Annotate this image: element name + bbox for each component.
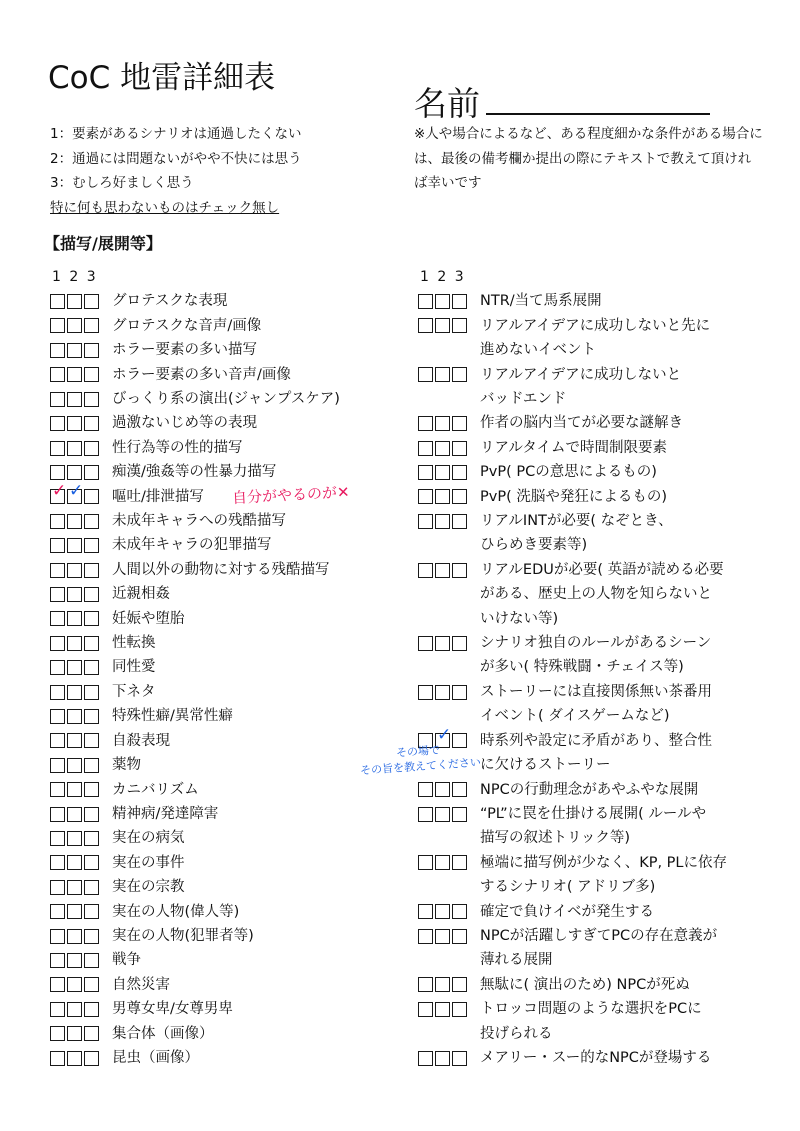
rating-3-checkbox[interactable]: [452, 733, 467, 748]
item-label: リアルアイデアに成功しないと バッドエンド: [480, 363, 754, 412]
rating-1-checkbox[interactable]: [50, 514, 65, 529]
rating-1-checkbox[interactable]: [50, 685, 65, 700]
rating-3-checkbox[interactable]: [84, 977, 99, 992]
rating-2-checkbox[interactable]: [67, 343, 82, 358]
item-label: トロッコ問題のような選択をPCに 投げられる: [480, 997, 754, 1046]
rating-checkboxes: [46, 704, 112, 728]
rating-checkboxes: [414, 436, 480, 460]
rating-1-checkbox[interactable]: [50, 587, 65, 602]
checklist-row: 作者の脳内当てが必要な謎解き: [414, 411, 754, 435]
checklist-row: メアリー・スー的なNPCが登場する: [414, 1046, 754, 1070]
rating-3-checkbox[interactable]: [84, 441, 99, 456]
name-input-line[interactable]: [486, 113, 710, 115]
rating-3-checkbox[interactable]: [84, 685, 99, 700]
rating-2-checkbox[interactable]: [435, 1051, 450, 1066]
rating-1-checkbox[interactable]: [50, 807, 65, 822]
checklist-row: 精神病/発達障害: [46, 802, 376, 826]
rating-checkboxes: [46, 289, 112, 313]
rating-1-checkbox[interactable]: [50, 855, 65, 870]
checklist-row: 集合体（画像）: [46, 1022, 376, 1046]
item-label: 実在の人物(偉人等): [112, 900, 239, 924]
rating-checkboxes: [414, 314, 480, 338]
rating-1-checkbox[interactable]: [418, 514, 433, 529]
rating-1-checkbox[interactable]: [418, 489, 433, 504]
rating-2-checkbox[interactable]: [67, 392, 82, 407]
rating-3-checkbox[interactable]: [452, 294, 467, 309]
item-label: NPCの行動理念があやふやな展開: [480, 778, 754, 802]
rating-checkboxes: [46, 533, 112, 557]
legend-line-3: 3：むしろ好ましく思う: [50, 171, 302, 196]
item-label: グロテスクな表現: [112, 289, 227, 313]
rating-1-checkbox[interactable]: [418, 904, 433, 919]
item-label: 確定で負けイベが発生する: [480, 900, 754, 924]
item-label: 実在の病気: [112, 826, 185, 850]
checklist-row: シナリオ独自のルールがあるシーン が多い( 特殊戦闘・チェイス等): [414, 631, 754, 680]
rating-1-checkbox[interactable]: [50, 318, 65, 333]
rating-3-checkbox[interactable]: [84, 880, 99, 895]
rating-2-checkbox[interactable]: [67, 587, 82, 602]
rating-checkboxes: [46, 875, 112, 899]
rating-2-checkbox[interactable]: [435, 929, 450, 944]
rating-1-checkbox[interactable]: [50, 1002, 65, 1017]
checklist-row: カニバリズム: [46, 778, 376, 802]
rating-2-checkbox[interactable]: [67, 953, 82, 968]
rating-1-checkbox[interactable]: [418, 977, 433, 992]
rating-1-checkbox[interactable]: ✓: [50, 489, 65, 504]
rating-3-checkbox[interactable]: [84, 953, 99, 968]
item-label: 無駄に( 演出のため) NPCが死ぬ: [480, 973, 754, 997]
rating-2-checkbox[interactable]: [67, 709, 82, 724]
rating-checkboxes: [46, 753, 112, 777]
rating-checkboxes: [46, 729, 112, 753]
rating-2-checkbox[interactable]: [435, 514, 450, 529]
rating-checkboxes: [46, 607, 112, 631]
rating-3-checkbox[interactable]: [452, 416, 467, 431]
checklist-row: トロッコ問題のような選択をPCに 投げられる: [414, 997, 754, 1046]
rating-3-checkbox[interactable]: [452, 904, 467, 919]
rating-3-checkbox[interactable]: [452, 441, 467, 456]
rating-checkboxes: [414, 997, 480, 1021]
checklist-row: リアルEDUが必要( 英語が読める必要 がある、歴史上の人物を知らないと いけな…: [414, 558, 754, 631]
rating-checkboxes: [414, 851, 480, 875]
rating-3-checkbox[interactable]: [84, 392, 99, 407]
rating-1-checkbox[interactable]: [50, 465, 65, 480]
rating-1-checkbox[interactable]: [418, 416, 433, 431]
item-label: 下ネタ: [112, 680, 156, 704]
rating-checkboxes: [414, 289, 480, 313]
rating-2-checkbox[interactable]: [435, 977, 450, 992]
rating-checkboxes: [46, 973, 112, 997]
rating-3-checkbox[interactable]: [452, 489, 467, 504]
item-label: 薬物: [112, 753, 141, 777]
item-label: 過激ないじめ等の表現: [112, 411, 257, 435]
item-label: 自然災害: [112, 973, 170, 997]
checklist-row: 男尊女卑/女尊男卑: [46, 997, 376, 1021]
rating-3-checkbox[interactable]: [84, 758, 99, 773]
rating-checkboxes: [46, 1046, 112, 1070]
rating-2-checkbox[interactable]: [435, 782, 450, 797]
rating-checkboxes: [414, 411, 480, 435]
item-label: 同性愛: [112, 655, 156, 679]
rating-1-checkbox[interactable]: [418, 563, 433, 578]
rating-checkboxes: [46, 680, 112, 704]
rating-3-checkbox[interactable]: [452, 514, 467, 529]
rating-3-checkbox[interactable]: [84, 636, 99, 651]
item-label: PvP( PCの意思によるもの): [480, 460, 754, 484]
rating-1-checkbox[interactable]: [418, 294, 433, 309]
checklist-row: 性転換: [46, 631, 376, 655]
rating-2-checkbox[interactable]: [435, 441, 450, 456]
item-label: 近親相姦: [112, 582, 170, 606]
item-label: PvP( 洗脳や発狂によるもの): [480, 485, 754, 509]
rating-1-checkbox[interactable]: [50, 392, 65, 407]
rating-1-checkbox[interactable]: [50, 904, 65, 919]
rating-1-checkbox[interactable]: [50, 782, 65, 797]
rating-2-checkbox[interactable]: [435, 1002, 450, 1017]
rating-1-checkbox[interactable]: [418, 1051, 433, 1066]
rating-2-checkbox[interactable]: [67, 685, 82, 700]
rating-1-checkbox[interactable]: [50, 343, 65, 358]
item-label: ストーリーには直接関係無い茶番用 イベント( ダイスゲームなど): [480, 680, 754, 729]
rating-1-checkbox[interactable]: [50, 977, 65, 992]
rating-2-checkbox[interactable]: [67, 904, 82, 919]
rating-3-checkbox[interactable]: [84, 611, 99, 626]
checklist-row: NTR/当て馬系展開: [414, 289, 754, 313]
rating-2-checkbox[interactable]: [67, 318, 82, 333]
rating-3-checkbox[interactable]: [452, 782, 467, 797]
rating-checkboxes: [46, 558, 112, 582]
rating-2-checkbox[interactable]: [435, 318, 450, 333]
rating-checkboxes: [414, 680, 480, 704]
checklist-row: 戦争: [46, 948, 376, 972]
item-label: カニバリズム: [112, 778, 199, 802]
rating-2-checkbox[interactable]: [435, 636, 450, 651]
rating-legend: 1：要素があるシナリオは通過したくない 2：通過には問題ないがやや不快には思う …: [50, 122, 302, 220]
item-label: 未成年キャラへの残酷描写: [112, 509, 286, 533]
rating-2-checkbox[interactable]: [67, 611, 82, 626]
rating-checkboxes: [414, 485, 480, 509]
rating-2-checkbox[interactable]: [67, 563, 82, 578]
rating-3-checkbox[interactable]: [452, 563, 467, 578]
rating-2-checkbox[interactable]: [435, 855, 450, 870]
rating-3-checkbox[interactable]: [452, 1051, 467, 1066]
checklist-row: NPCが活躍しすぎてPCの存在意義が 薄れる展開: [414, 924, 754, 973]
rating-2-checkbox[interactable]: [67, 441, 82, 456]
item-label: 性行為等の性的描写: [112, 436, 243, 460]
rating-3-checkbox[interactable]: [84, 660, 99, 675]
checklist-row: 実在の宗教: [46, 875, 376, 899]
rating-2-checkbox[interactable]: [435, 563, 450, 578]
checklist-row: 特殊性癖/異常性癖: [46, 704, 376, 728]
rating-3-checkbox[interactable]: [84, 294, 99, 309]
item-label: 特殊性癖/異常性癖: [112, 704, 233, 728]
item-label: 極端に描写例が少なく、KP, PLに依存 するシナリオ( アドリブ多): [480, 851, 754, 900]
rating-2-checkbox[interactable]: [67, 782, 82, 797]
item-label: リアルアイデアに成功しないと先に 進めないイベント: [480, 314, 754, 363]
rating-2-checkbox[interactable]: [435, 685, 450, 700]
rating-1-checkbox[interactable]: [50, 660, 65, 675]
check-mark-icon: ✓: [52, 481, 66, 501]
rating-3-checkbox[interactable]: [84, 465, 99, 480]
rating-2-checkbox[interactable]: [67, 733, 82, 748]
item-label: グロテスクな音声/画像: [112, 314, 261, 338]
rating-3-checkbox[interactable]: [84, 709, 99, 724]
rating-checkboxes: [414, 558, 480, 582]
rating-2-checkbox[interactable]: [435, 465, 450, 480]
rating-2-checkbox[interactable]: [435, 807, 450, 822]
rating-checkboxes: [46, 338, 112, 362]
checklist-row: グロテスクな音声/画像: [46, 314, 376, 338]
rating-3-checkbox[interactable]: [84, 343, 99, 358]
rating-checkboxes: [46, 900, 112, 924]
rating-3-checkbox[interactable]: [84, 318, 99, 333]
rating-2-checkbox[interactable]: [435, 294, 450, 309]
item-label: 精神病/発達障害: [112, 802, 218, 826]
name-label: 名前: [414, 78, 480, 125]
item-label: 昆虫（画像）: [112, 1046, 199, 1070]
rating-1-checkbox[interactable]: [418, 807, 433, 822]
rating-3-checkbox[interactable]: [84, 1002, 99, 1017]
rating-1-checkbox[interactable]: [418, 929, 433, 944]
rating-1-checkbox[interactable]: [418, 465, 433, 480]
item-label: 時系列や設定に矛盾があり、整合性 に欠けるストーリー: [480, 729, 754, 778]
rating-2-checkbox[interactable]: [67, 465, 82, 480]
checklist-row: 自然災害: [46, 973, 376, 997]
checklist-row: 痴漢/強姦等の性暴力描写: [46, 460, 376, 484]
rating-3-checkbox[interactable]: [452, 855, 467, 870]
rating-3-checkbox[interactable]: [452, 685, 467, 700]
rating-3-checkbox[interactable]: [452, 807, 467, 822]
rating-3-checkbox[interactable]: [84, 563, 99, 578]
rating-1-checkbox[interactable]: [418, 1002, 433, 1017]
rating-1-checkbox[interactable]: [418, 636, 433, 651]
rating-1-checkbox[interactable]: [50, 709, 65, 724]
rating-checkboxes: [46, 655, 112, 679]
rating-checkboxes: [46, 826, 112, 850]
checklist-row: 下ネタ: [46, 680, 376, 704]
item-label: 実在の宗教: [112, 875, 185, 899]
rating-2-checkbox[interactable]: [435, 904, 450, 919]
rating-1-checkbox[interactable]: [418, 782, 433, 797]
rating-3-checkbox[interactable]: [452, 929, 467, 944]
rating-3-checkbox[interactable]: [84, 782, 99, 797]
rating-3-checkbox[interactable]: [84, 855, 99, 870]
rating-1-checkbox[interactable]: [418, 855, 433, 870]
checklist-row: 実在の病気: [46, 826, 376, 850]
rating-2-checkbox[interactable]: [67, 758, 82, 773]
rating-1-checkbox[interactable]: [418, 441, 433, 456]
item-label: NTR/当て馬系展開: [480, 289, 754, 313]
rating-checkboxes: [46, 363, 112, 387]
item-label: 性転換: [112, 631, 156, 655]
rating-3-checkbox[interactable]: [84, 489, 99, 504]
rating-checkboxes: [46, 387, 112, 411]
checklist-row: 実在の事件: [46, 851, 376, 875]
rating-3-checkbox[interactable]: [84, 1051, 99, 1066]
check-mark-icon: ✓: [69, 481, 83, 501]
checklist-row: 実在の人物(偉人等): [46, 900, 376, 924]
checklist-row: 未成年キャラの犯罪描写: [46, 533, 376, 557]
rating-checkboxes: [46, 802, 112, 826]
item-label: 作者の脳内当てが必要な謎解き: [480, 411, 754, 435]
rating-1-checkbox[interactable]: [50, 1051, 65, 1066]
rating-2-checkbox[interactable]: [67, 880, 82, 895]
rating-2-checkbox[interactable]: [67, 514, 82, 529]
item-label: リアルINTが必要( なぞとき、 ひらめき要素等): [480, 509, 754, 558]
rating-1-checkbox[interactable]: [50, 611, 65, 626]
rating-checkboxes: [46, 509, 112, 533]
item-label: 痴漢/強姦等の性暴力描写: [112, 460, 276, 484]
rating-checkboxes: [46, 924, 112, 948]
section-title: 【描写/展開等】: [44, 231, 162, 254]
item-label: メアリー・スー的なNPCが登場する: [480, 1046, 754, 1070]
rating-3-checkbox[interactable]: [84, 831, 99, 846]
checklist-row: ホラー要素の多い描写: [46, 338, 376, 362]
checklist-row: リアルアイデアに成功しないと バッドエンド: [414, 363, 754, 412]
checklist-row: リアルINTが必要( なぞとき、 ひらめき要素等): [414, 509, 754, 558]
rating-2-checkbox[interactable]: ✓: [67, 489, 82, 504]
rating-3-checkbox[interactable]: [84, 538, 99, 553]
checklist-row: 無駄に( 演出のため) NPCが死ぬ: [414, 973, 754, 997]
checklist-row: ホラー要素の多い音声/画像: [46, 363, 376, 387]
rating-2-checkbox[interactable]: [67, 977, 82, 992]
rating-2-checkbox[interactable]: [67, 855, 82, 870]
rating-checkboxes: [414, 460, 480, 484]
rating-1-checkbox[interactable]: [50, 294, 65, 309]
item-label: 集合体（画像）: [112, 1022, 214, 1046]
rating-checkboxes: [46, 436, 112, 460]
rating-checkboxes: [414, 900, 480, 924]
rating-2-checkbox[interactable]: [67, 660, 82, 675]
rating-1-checkbox[interactable]: [50, 367, 65, 382]
rating-1-checkbox[interactable]: [418, 367, 433, 382]
rating-3-checkbox[interactable]: [84, 587, 99, 602]
rating-1-checkbox[interactable]: [418, 318, 433, 333]
rating-2-checkbox[interactable]: [435, 489, 450, 504]
rating-2-checkbox[interactable]: [435, 367, 450, 382]
item-label: 嘔吐/排泄描写: [112, 485, 204, 509]
right-checklist: 1 2 3 NTR/当て馬系展開リアルアイデアに成功しないと先に 進めないイベン…: [414, 265, 754, 1070]
checklist-row: 妊娠や堕胎: [46, 607, 376, 631]
checklist-row: グロテスクな表現: [46, 289, 376, 313]
rating-checkboxes: [46, 582, 112, 606]
rating-3-checkbox[interactable]: [84, 733, 99, 748]
item-label: 妊娠や堕胎: [112, 607, 185, 631]
rating-3-checkbox[interactable]: [452, 367, 467, 382]
rating-2-checkbox[interactable]: [67, 416, 82, 431]
rating-1-checkbox[interactable]: [50, 831, 65, 846]
instructions-note: ※人や場合によるなど、ある程度細かな条件がある場合には、最後の備考欄か提出の際に…: [414, 122, 764, 196]
checklist-row: 昆虫（画像）: [46, 1046, 376, 1070]
rating-1-checkbox[interactable]: [50, 758, 65, 773]
rating-2-checkbox[interactable]: [67, 1002, 82, 1017]
checklist-row: 薬物: [46, 753, 376, 777]
rating-3-checkbox[interactable]: [84, 514, 99, 529]
rating-checkboxes: [46, 1022, 112, 1046]
rating-2-checkbox[interactable]: [67, 636, 82, 651]
rating-2-checkbox[interactable]: [435, 416, 450, 431]
checklist-row: 性行為等の性的描写: [46, 436, 376, 460]
checklist-row: NPCの行動理念があやふやな展開: [414, 778, 754, 802]
rating-checkboxes: [414, 778, 480, 802]
rating-3-checkbox[interactable]: [452, 465, 467, 480]
rating-checkboxes: [46, 631, 112, 655]
legend-line-1: 1：要素があるシナリオは通過したくない: [50, 122, 302, 147]
rating-1-checkbox[interactable]: [418, 685, 433, 700]
item-label: 自殺表現: [112, 729, 170, 753]
rating-1-checkbox[interactable]: [50, 416, 65, 431]
rating-checkboxes: [46, 997, 112, 1021]
checklist-row: 過激ないじめ等の表現: [46, 411, 376, 435]
rating-2-checkbox[interactable]: [67, 294, 82, 309]
rating-1-checkbox[interactable]: [50, 953, 65, 968]
item-label: リアルEDUが必要( 英語が読める必要 がある、歴史上の人物を知らないと いけな…: [480, 558, 754, 631]
rating-checkboxes: [414, 631, 480, 655]
rating-3-checkbox[interactable]: [452, 318, 467, 333]
item-label: 実在の人物(犯罪者等): [112, 924, 254, 948]
rating-checkboxes: [414, 363, 480, 387]
rating-3-checkbox[interactable]: [84, 807, 99, 822]
rating-1-checkbox[interactable]: [50, 929, 65, 944]
rating-checkboxes: [414, 973, 480, 997]
item-label: 人間以外の動物に対する残酷描写: [112, 558, 330, 582]
checklist-row: PvP( PCの意思によるもの): [414, 460, 754, 484]
checklist-row: 確定で負けイベが発生する: [414, 900, 754, 924]
rating-checkboxes: [46, 851, 112, 875]
item-label: NPCが活躍しすぎてPCの存在意義が 薄れる展開: [480, 924, 754, 973]
rating-3-checkbox[interactable]: [84, 367, 99, 382]
rating-3-checkbox[interactable]: [452, 977, 467, 992]
rating-3-checkbox[interactable]: [452, 1002, 467, 1017]
rating-2-checkbox[interactable]: [67, 538, 82, 553]
checklist-row: “PL”に罠を仕掛ける展開( ルールや 描写の叙述トリック等): [414, 802, 754, 851]
rating-checkboxes: [414, 509, 480, 533]
checklist-row: 同性愛: [46, 655, 376, 679]
rating-2-checkbox[interactable]: [67, 831, 82, 846]
rating-1-checkbox[interactable]: [50, 538, 65, 553]
item-label: 実在の事件: [112, 851, 185, 875]
rating-3-checkbox[interactable]: [84, 416, 99, 431]
rating-2-checkbox[interactable]: [67, 929, 82, 944]
rating-1-checkbox[interactable]: [50, 733, 65, 748]
rating-checkboxes: [414, 924, 480, 948]
legend-no-check-note: 特に何も思わないものはチェック無し: [50, 196, 302, 221]
checklist-row: 極端に描写例が少なく、KP, PLに依存 するシナリオ( アドリブ多): [414, 851, 754, 900]
item-label: ホラー要素の多い音声/画像: [112, 363, 291, 387]
rating-3-checkbox[interactable]: [84, 929, 99, 944]
item-label: “PL”に罠を仕掛ける展開( ルールや 描写の叙述トリック等): [480, 802, 754, 851]
checklist-row: 未成年キャラへの残酷描写: [46, 509, 376, 533]
item-label: シナリオ独自のルールがあるシーン が多い( 特殊戦闘・チェイス等): [480, 631, 754, 680]
rating-2-checkbox[interactable]: [67, 807, 82, 822]
rating-2-checkbox[interactable]: [67, 367, 82, 382]
checklist-row: 自殺表現: [46, 729, 376, 753]
rating-3-checkbox[interactable]: [84, 1026, 99, 1041]
rating-1-checkbox[interactable]: [50, 441, 65, 456]
checklist-row: 実在の人物(犯罪者等): [46, 924, 376, 948]
checklist-row: PvP( 洗脳や発狂によるもの): [414, 485, 754, 509]
rating-3-checkbox[interactable]: [84, 904, 99, 919]
rating-2-checkbox[interactable]: [67, 1051, 82, 1066]
legend-line-2: 2：通過には問題ないがやや不快には思う: [50, 147, 302, 172]
rating-1-checkbox[interactable]: [50, 1026, 65, 1041]
rating-checkboxes: [46, 411, 112, 435]
rating-1-checkbox[interactable]: [50, 636, 65, 651]
rating-1-checkbox[interactable]: [50, 563, 65, 578]
rating-3-checkbox[interactable]: [452, 636, 467, 651]
rating-1-checkbox[interactable]: [50, 880, 65, 895]
rating-2-checkbox[interactable]: [67, 1026, 82, 1041]
